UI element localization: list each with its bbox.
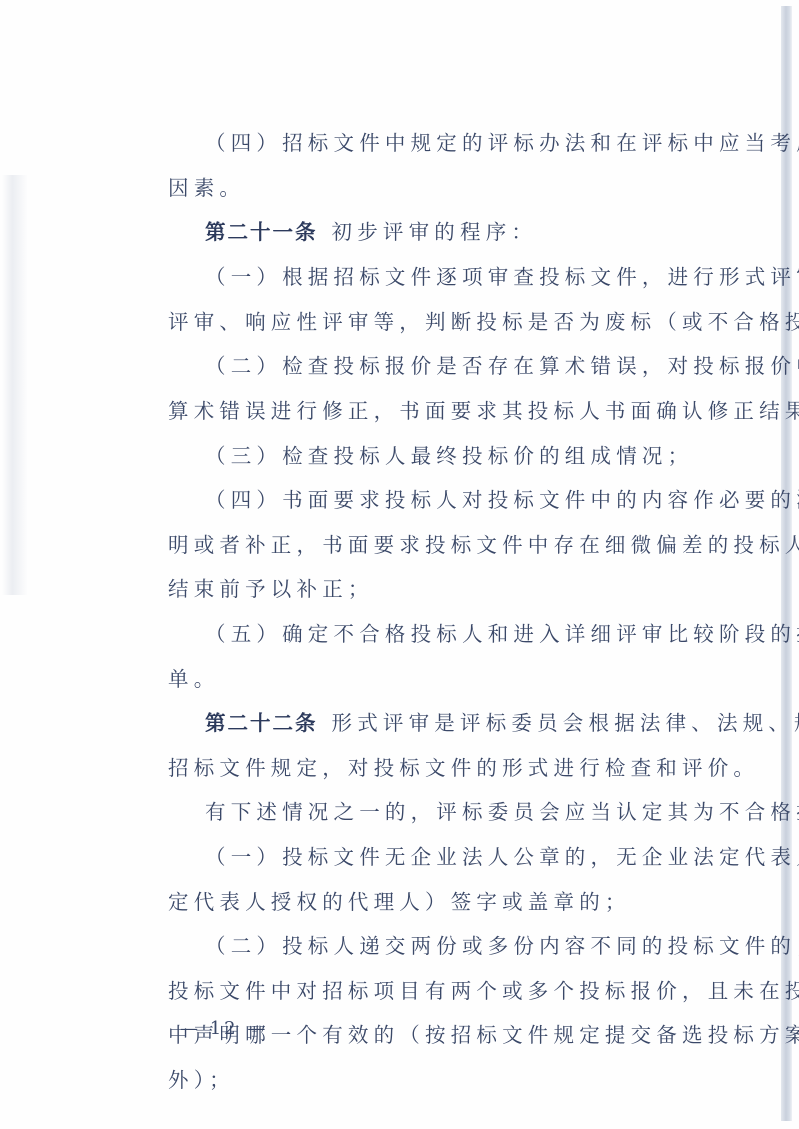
- article-number: 第二十二条: [205, 711, 318, 735]
- scan-shadow-left: [2, 175, 28, 595]
- line-text: 初步评审的程序：: [332, 220, 538, 244]
- line-text: 算术错误进行修正，书面要求其投标人书面确认修正结果；: [168, 399, 799, 423]
- text-line: （四）书面要求投标人对投标文件中的内容作必要的澄清、说: [205, 487, 799, 513]
- text-line: 外）；: [168, 1067, 768, 1093]
- line-text: 明或者补正，书面要求投标文件中存在细微偏差的投标人在评标: [168, 533, 799, 557]
- text-line: 有下述情况之一的，评标委员会应当认定其为不合格投标人：: [205, 799, 799, 825]
- line-text: （三）检查投标人最终投标价的组成情况；: [205, 444, 693, 468]
- line-text: 招标文件规定，对投标文件的形式进行检查和评价。: [168, 756, 759, 780]
- text-line: （二）检查投标报价是否存在算术错误，对投标报价中存在的: [205, 353, 799, 379]
- line-text: 评审、响应性评审等，判断投标是否为废标（或不合格投标人）；: [168, 310, 799, 334]
- line-text: 单。: [168, 667, 219, 691]
- text-line: （五）确定不合格投标人和进入详细评审比较阶段的投标人名: [205, 621, 799, 647]
- line-text: （一）根据招标文件逐项审查投标文件，进行形式评审、资格: [205, 265, 799, 289]
- line-text: 投标文件中对招标项目有两个或多个投标报价，且未在投标文件: [168, 979, 799, 1003]
- article-heading-line: 第二十一条初步评审的程序：: [205, 219, 799, 245]
- line-text: 外）；: [168, 1068, 235, 1092]
- text-line: 明或者补正，书面要求投标文件中存在细微偏差的投标人在评标: [168, 532, 768, 558]
- article-heading-line: 第二十二条形式评审是评标委员会根据法律、法规、规章及: [205, 710, 799, 736]
- line-text: 因素。: [168, 176, 245, 200]
- text-line: 因素。: [168, 175, 768, 201]
- line-text: 定代表人授权的代理人）签字或盖章的；: [168, 890, 631, 914]
- text-line: 结束前予以补正；: [168, 576, 768, 602]
- line-text: 形式评审是评标委员会根据法律、法规、规章及: [332, 711, 799, 735]
- text-line: 投标文件中对招标项目有两个或多个投标报价，且未在投标文件: [168, 978, 768, 1004]
- line-text: （一）投标文件无企业法人公章的，无企业法定代表人（或法: [205, 845, 799, 869]
- text-line: （三）检查投标人最终投标价的组成情况；: [205, 443, 799, 469]
- text-line: （一）根据招标文件逐项审查投标文件，进行形式评审、资格: [205, 264, 799, 290]
- document-page: （四）招标文件中规定的评标办法和在评标中应当考虑的相关因素。第二十一条初步评审的…: [0, 0, 799, 1129]
- text-line: 招标文件规定，对投标文件的形式进行检查和评价。: [168, 755, 768, 781]
- line-text: （四）书面要求投标人对投标文件中的内容作必要的澄清、说: [205, 488, 799, 512]
- article-number: 第二十一条: [205, 220, 318, 244]
- line-text: （二）检查投标报价是否存在算术错误，对投标报价中存在的: [205, 354, 799, 378]
- line-text: 结束前予以补正；: [168, 577, 374, 601]
- text-line: 算术错误进行修正，书面要求其投标人书面确认修正结果；: [168, 398, 768, 424]
- text-line: 定代表人授权的代理人）签字或盖章的；: [168, 889, 768, 915]
- text-line: 评审、响应性评审等，判断投标是否为废标（或不合格投标人）；: [168, 309, 768, 335]
- line-text: 有下述情况之一的，评标委员会应当认定其为不合格投标人：: [205, 800, 799, 824]
- line-text: （二）投标人递交两份或多份内容不同的投标文件的；在一份: [205, 934, 799, 958]
- text-line: （四）招标文件中规定的评标办法和在评标中应当考虑的相关: [205, 130, 799, 156]
- text-line: （一）投标文件无企业法人公章的，无企业法定代表人（或法: [205, 844, 799, 870]
- text-line: 单。: [168, 666, 768, 692]
- page-number: — 12 —: [180, 1017, 268, 1041]
- line-text: （五）确定不合格投标人和进入详细评审比较阶段的投标人名: [205, 622, 799, 646]
- line-text: （四）招标文件中规定的评标办法和在评标中应当考虑的相关: [205, 131, 799, 155]
- text-line: （二）投标人递交两份或多份内容不同的投标文件的；在一份: [205, 933, 799, 959]
